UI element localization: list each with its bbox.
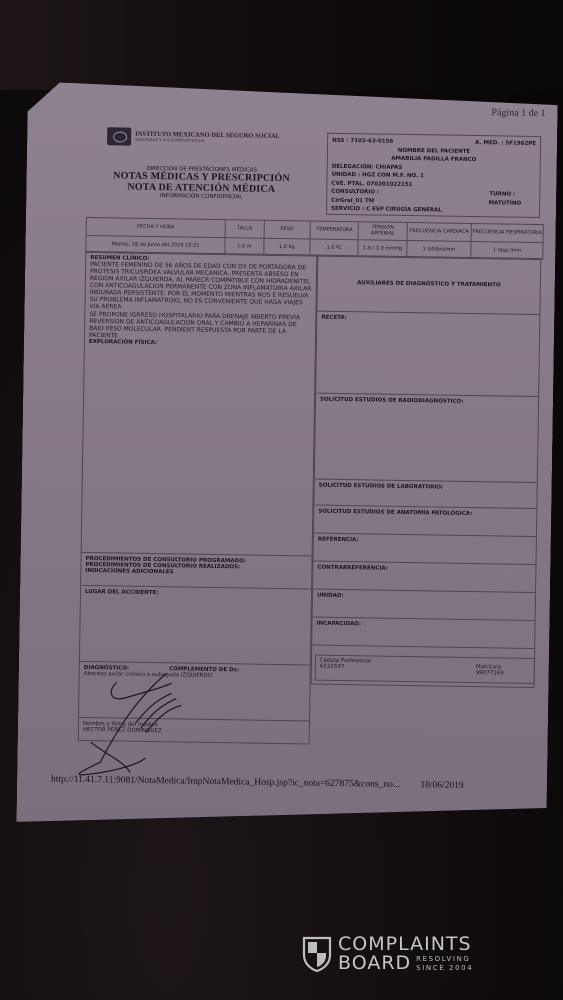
radiodiagnostico-section: SOLICITUD ESTUDIOS DE RADIODIAGNÓSTICO: [315,394,538,483]
resumen-clinico-section: RESUMEN CLÍNICO: PACIENTE FEMENINO DE 56… [83,252,316,462]
print-url: http://11.41.7.11:9081/NotaMedica/ImpNot… [51,774,400,789]
watermark-slogan-1: RESOLVING [416,955,473,963]
watermark-slogan-2: SINCE 2004 [416,964,473,972]
institution-header: INSTITUTO MEXICANO DEL SEGURO SOCIAL SEG… [107,127,280,148]
receta-label: RECETA: [321,315,535,324]
vitals-header: TALLA [226,220,264,238]
form-titles: DIRECCIÓN DE PRESTACIONES MÉDICAS NOTAS … [96,165,306,201]
contrarreferencia-label: CONTRARREFERENCIA: [317,565,531,574]
lugar-accidente-section: LUGAR DEL ACCIDENTE: [80,586,311,666]
referencia-section: REFERENCIA: [314,534,536,565]
shield-logo-icon [302,935,332,973]
print-footer: http://11.41.7.11:9081/NotaMedica/ImpNot… [51,774,464,790]
patient-info-box: NSS : 7102-63-0156A. MÉD. : 5F1962PE NOM… [326,133,541,218]
incapacidad-label: INCAPACIDAD: [316,621,530,630]
right-column: AUXILIARES DE DIAGNÓSTICO Y TRATAMIENTO … [311,255,542,688]
imss-logo-icon [107,127,131,145]
incapacidad-section: INCAPACIDAD: [312,618,534,649]
lugar-accidente-label: LUGAR DEL ACCIDENTE: [85,589,307,598]
auxiliares-label: AUXILIARES DE DIAGNÓSTICO Y TRATAMIENTO [322,280,536,289]
matricula-value: 99077169 [476,670,504,676]
vitals-cell: FECHA Y HORAMartes, 18 de Junio del 2019… [86,218,226,254]
matricula-block: Matrícula 99077169 [476,664,504,676]
resumen-text: PACIENTE FEMENINO DE 56 AÑOS DE EDAD CON… [89,261,312,314]
anatomia-label: SOLICITUD ESTUDIOS DE ANATOMÍA PATOLÓGIC… [318,509,532,518]
contrarreferencia-section: CONTRARREFERENCIA: [313,562,535,593]
receta-section: RECETA: [316,312,539,397]
institution-name: INSTITUTO MEXICANO DEL SEGURO SOCIAL SEG… [135,131,280,145]
vitals-header: TEMPERATURA [311,221,359,239]
vitals-cell: TENSIÓN ARTERIAL1.0 / 1.0 mmHg [359,222,408,257]
turno: MATUTINO [488,199,521,208]
vitals-cell: TEMPERATURA1.0 ºC [310,221,359,256]
cedula-box: Cédula Profesional 6532597 Matrícula 990… [315,655,535,684]
vitals-header: PESO [264,221,310,239]
background [0,0,563,90]
vitals-cell: TALLA1.0 m [225,220,264,255]
unidad-section: UNIDAD: [313,590,535,621]
signature [70,662,222,784]
vitals-cell: PESO1.0 kg [264,221,311,256]
vitals-header: TENSIÓN ARTERIAL [359,222,407,240]
laboratorio-section: SOLICITUD ESTUDIOS DE LABORATORIO: [314,480,536,509]
page-number: Página 1 de 1 [491,107,545,119]
left-column: RESUMEN CLÍNICO: PACIENTE FEMENINO DE 56… [78,251,318,745]
vitals-header: FRECUENCIA RESPIRATORIA [472,224,543,243]
unidad-label: UNIDAD: [317,593,531,602]
a-med: A. MÉD. : 5F1962PE [475,139,536,148]
nss: NSS : 7102-63-0156 [332,137,393,146]
vitals-cell: FRECUENCIA CARDIACA1 latidos/min [407,223,472,258]
vitals-cell: FRECUENCIA RESPIRATORIA1 resp./min [471,224,543,259]
resumen-text-2: SE PROPONE IGRRESO HOSPITALARIO PARA DRE… [89,311,311,343]
referencia-label: REFERENCIA: [318,537,532,546]
medical-note-page: Página 1 de 1 INSTITUTO MEXICANO DEL SEG… [16,82,558,830]
radiodiagnostico-label: SOLICITUD ESTUDIOS DE RADIODIAGNÓSTICO: [320,397,534,406]
anatomia-section: SOLICITUD ESTUDIOS DE ANATOMÍA PATOLÓGIC… [314,506,536,537]
laboratorio-label: SOLICITUD ESTUDIOS DE LABORATORIO: [319,483,533,492]
vitals-header: FECHA Y HORA [87,218,225,238]
procedimientos-section: PROCEDIMIENTOS DE CONSULTORIO PROGRAMADO… [81,552,312,590]
print-date: 18/06/2019 [420,780,463,791]
vitals-header: FRECUENCIA CARDIACA [407,223,470,241]
auxiliares-section: AUXILIARES DE DIAGNÓSTICO Y TRATAMIENTO [317,256,540,315]
complaints-board-watermark: COMPLAINTS BOARD RESOLVING SINCE 2004 [302,935,473,973]
vitals-value: 1.0 m [225,238,263,255]
watermark-line2: BOARD [338,954,411,973]
